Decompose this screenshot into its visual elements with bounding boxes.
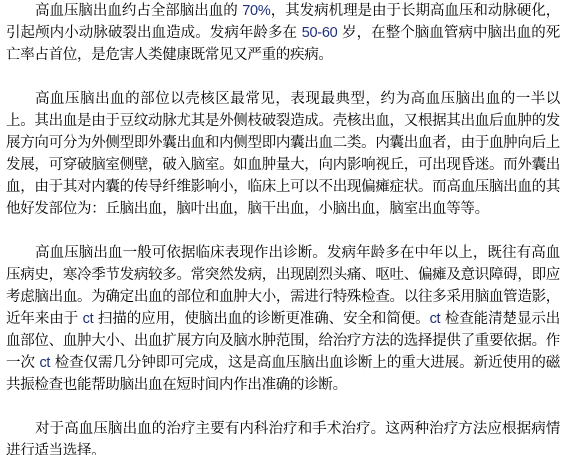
- text-segment: 高血压脑出血的部位以壳核区最常见，表现最典型，约为高血压脑出血的一半以上。其出血…: [6, 91, 560, 217]
- ct-term: ct: [83, 311, 94, 327]
- text-segment: 高血压脑出血约占全部脑出血的: [35, 3, 242, 19]
- percentage-value: 70%: [242, 3, 270, 19]
- text-segment: 扫描的应用，使脑出血的诊断更准确、安全和简便。: [93, 311, 429, 327]
- text-segment: 对于高血压脑出血的治疗主要有内科治疗和手术治疗。这两种治疗方法应根据病情进行适当…: [6, 421, 560, 455]
- paragraph-incidence: 高血压脑出血约占全部脑出血的 70%，其发病机理是由于长期高血压和动脉硬化，引起…: [6, 0, 560, 66]
- age-range-value: 50-60: [302, 25, 338, 41]
- ct-term: ct: [39, 355, 50, 371]
- ct-term: ct: [430, 311, 441, 327]
- article-body: 高血压脑出血约占全部脑出血的 70%，其发病机理是由于长期高血压和动脉硬化，引起…: [0, 0, 564, 455]
- paragraph-location: 高血压脑出血的部位以壳核区最常见，表现最典型，约为高血压脑出血的一半以上。其出血…: [6, 88, 560, 220]
- text-segment: 检查仅需几分钟即可完成，这是高血压脑出血诊断上的重大进展。新近使用的磁共振检查也…: [6, 355, 560, 393]
- paragraph-treatment: 对于高血压脑出血的治疗主要有内科治疗和手术治疗。这两种治疗方法应根据病情进行适当…: [6, 418, 560, 455]
- paragraph-diagnosis: 高血压脑出血一般可依据临床表现作出诊断。发病年龄多在中年以上，既往有高血压病史，…: [6, 242, 560, 396]
